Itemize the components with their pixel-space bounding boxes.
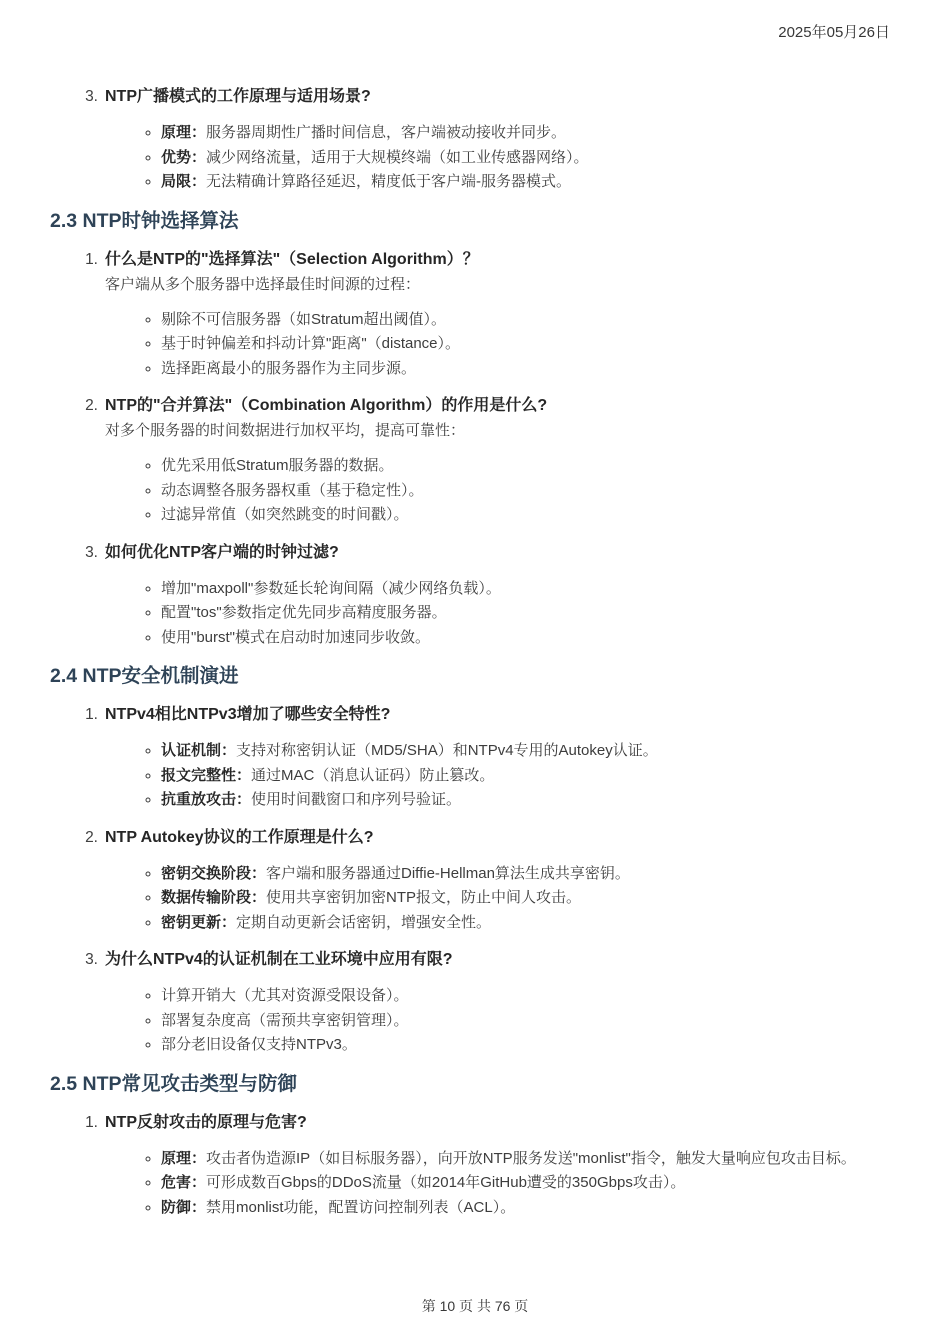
item-title: 什么是NTP的"选择算法"（Selection Algorithm）？ <box>105 247 892 273</box>
bullet-list: 增加"maxpoll"参数延长轮询间隔（减少网络负载）。 配置"tos"参数指定… <box>105 577 892 651</box>
bullet-item: 配置"tos"参数指定优先同步高精度服务器。 <box>161 601 892 626</box>
bullet-list: 计算开销大（尤其对资源受限设备）。 部署复杂度高（需预共享密钥管理）。 部分老旧… <box>105 984 892 1058</box>
section-2-4: 2.4 NTP安全机制演进 1. NTPv4相比NTPv3增加了哪些安全特性? … <box>50 662 892 1058</box>
bullet-text: 剔除不可信服务器（如Stratum超出阈值）。 <box>161 311 446 328</box>
bullet-item: 危害：可形成数百Gbps的DDoS流量（如2014年GitHub遭受的350Gb… <box>161 1171 892 1196</box>
section-2-3: 2.3 NTP时钟选择算法 1. 什么是NTP的"选择算法"（Selection… <box>50 207 892 651</box>
bullet-item: 选择距离最小的服务器作为主同步源。 <box>161 357 892 382</box>
page-content: 3. NTP广播模式的工作原理与适用场景? 原理：服务器周期性广播时间信息，客户… <box>50 0 892 1232</box>
item-number: 2. <box>50 825 98 851</box>
question-item: 3. 为什么NTPv4的认证机制在工业环境中应用有限? 计算开销大（尤其对资源受… <box>50 947 892 1058</box>
question-item: 2. NTP Autokey协议的工作原理是什么? 密钥交换阶段：客户端和服务器… <box>50 825 892 936</box>
bullet-item: 报文完整性：通过MAC（消息认证码）防止篡改。 <box>161 764 892 789</box>
bullet-text: 支持对称密钥认证（MD5/SHA）和NTPv4专用的Autokey认证。 <box>236 742 658 759</box>
bullet-text: 禁用monlist功能，配置访问控制列表（ACL）。 <box>206 1199 515 1216</box>
question-item: 2. NTP的"合并算法"（Combination Algorithm）的作用是… <box>50 393 892 528</box>
question-item: 1. 什么是NTP的"选择算法"（Selection Algorithm）？ 客… <box>50 247 892 382</box>
item-number: 3. <box>50 540 98 566</box>
question-item: 1. NTPv4相比NTPv3增加了哪些安全特性? 认证机制：支持对称密钥认证（… <box>50 702 892 813</box>
bullet-item: 基于时钟偏差和抖动计算"距离"（distance）。 <box>161 332 892 357</box>
bullet-label: 危害： <box>161 1174 206 1191</box>
bullet-text: 基于时钟偏差和抖动计算"距离"（distance）。 <box>161 335 460 352</box>
bullet-item: 密钥交换阶段：客户端和服务器通过Diffie-Hellman算法生成共享密钥。 <box>161 862 892 887</box>
item-number: 1. <box>50 247 98 273</box>
bullet-item: 认证机制：支持对称密钥认证（MD5/SHA）和NTPv4专用的Autokey认证… <box>161 739 892 764</box>
question-item: 3. NTP广播模式的工作原理与适用场景? 原理：服务器周期性广播时间信息，客户… <box>50 84 892 195</box>
bullet-item: 剔除不可信服务器（如Stratum超出阈值）。 <box>161 308 892 333</box>
bullet-label: 优势： <box>161 149 206 166</box>
footer-page-indicator: 第 10 页 共 76 页 <box>0 1296 950 1316</box>
item-title: NTPv4相比NTPv3增加了哪些安全特性? <box>105 702 892 728</box>
bullet-item: 抗重放攻击：使用时间戳窗口和序列号验证。 <box>161 788 892 813</box>
bullet-text: 减少网络流量，适用于大规模终端（如工业传感器网络）。 <box>206 149 589 166</box>
bullet-list: 密钥交换阶段：客户端和服务器通过Diffie-Hellman算法生成共享密钥。 … <box>105 862 892 936</box>
bullet-label: 原理： <box>161 124 206 141</box>
bullet-text: 配置"tos"参数指定优先同步高精度服务器。 <box>161 604 447 621</box>
item-number: 1. <box>50 702 98 728</box>
bullet-list: 认证机制：支持对称密钥认证（MD5/SHA）和NTPv4专用的Autokey认证… <box>105 739 892 813</box>
question-item: 1. NTP反射攻击的原理与危害? 原理：攻击者伪造源IP（如目标服务器），向开… <box>50 1110 892 1221</box>
bullet-label: 认证机制： <box>161 742 236 759</box>
item-title: NTP反射攻击的原理与危害? <box>105 1110 892 1136</box>
bullet-item: 优先采用低Stratum服务器的数据。 <box>161 454 892 479</box>
bullet-text: 过滤异常值（如突然跳变的时间戳）。 <box>161 506 409 523</box>
bullet-text: 无法精确计算路径延迟，精度低于客户端-服务器模式。 <box>206 173 571 190</box>
bullet-item: 原理：服务器周期性广播时间信息，客户端被动接收并同步。 <box>161 121 892 146</box>
bullet-item: 密钥更新：定期自动更新会话密钥，增强安全性。 <box>161 911 892 936</box>
bullet-text: 使用"burst"模式在启动时加速同步收敛。 <box>161 629 430 646</box>
bullet-text: 增加"maxpoll"参数延长轮询间隔（减少网络负载）。 <box>161 580 501 597</box>
bullet-text: 使用共享密钥加密NTP报文，防止中间人攻击。 <box>266 889 581 906</box>
item-title: 如何优化NTP客户端的时钟过滤? <box>105 540 892 566</box>
bullet-text: 使用时间戳窗口和序列号验证。 <box>251 791 461 808</box>
bullet-item: 增加"maxpoll"参数延长轮询间隔（减少网络负载）。 <box>161 577 892 602</box>
bullet-text: 通过MAC（消息认证码）防止篡改。 <box>251 767 494 784</box>
section-heading: 2.3 NTP时钟选择算法 <box>50 207 892 235</box>
bullet-text: 动态调整各服务器权重（基于稳定性）。 <box>161 482 424 499</box>
section-heading: 2.4 NTP安全机制演进 <box>50 662 892 690</box>
bullet-list: 原理：攻击者伪造源IP（如目标服务器），向开放NTP服务发送"monlist"指… <box>105 1147 892 1221</box>
item-title: 为什么NTPv4的认证机制在工业环境中应用有限? <box>105 947 892 973</box>
bullet-text: 部署复杂度高（需预共享密钥管理）。 <box>161 1012 409 1029</box>
bullet-item: 防御：禁用monlist功能，配置访问控制列表（ACL）。 <box>161 1196 892 1221</box>
bullet-text: 客户端和服务器通过Diffie-Hellman算法生成共享密钥。 <box>266 865 630 882</box>
item-number: 2. <box>50 393 98 419</box>
bullet-item: 使用"burst"模式在启动时加速同步收敛。 <box>161 626 892 651</box>
document-page: 2025年05月26日 3. NTP广播模式的工作原理与适用场景? 原理：服务器… <box>0 0 950 1340</box>
bullet-item: 部分老旧设备仅支持NTPv3。 <box>161 1033 892 1058</box>
bullet-text: 定期自动更新会话密钥，增强安全性。 <box>236 914 491 931</box>
item-subtitle: 客户端从多个服务器中选择最佳时间源的过程： <box>105 273 892 297</box>
bullet-label: 报文完整性： <box>161 767 251 784</box>
bullet-label: 原理： <box>161 1150 206 1167</box>
bullet-text: 攻击者伪造源IP（如目标服务器），向开放NTP服务发送"monlist"指令，触… <box>206 1150 856 1167</box>
bullet-text: 服务器周期性广播时间信息，客户端被动接收并同步。 <box>206 124 566 141</box>
bullet-text: 可形成数百Gbps的DDoS流量（如2014年GitHub遭受的350Gbps攻… <box>206 1174 685 1191</box>
item-title: NTP广播模式的工作原理与适用场景? <box>105 84 892 110</box>
bullet-list: 剔除不可信服务器（如Stratum超出阈值）。 基于时钟偏差和抖动计算"距离"（… <box>105 308 892 382</box>
bullet-item: 计算开销大（尤其对资源受限设备）。 <box>161 984 892 1009</box>
bullet-item: 原理：攻击者伪造源IP（如目标服务器），向开放NTP服务发送"monlist"指… <box>161 1147 892 1172</box>
bullet-label: 抗重放攻击： <box>161 791 251 808</box>
bullet-list: 优先采用低Stratum服务器的数据。 动态调整各服务器权重（基于稳定性）。 过… <box>105 454 892 528</box>
item-number: 3. <box>50 84 98 110</box>
bullet-item: 动态调整各服务器权重（基于稳定性）。 <box>161 479 892 504</box>
item-number: 1. <box>50 1110 98 1136</box>
bullet-text: 计算开销大（尤其对资源受限设备）。 <box>161 987 409 1004</box>
bullet-label: 密钥交换阶段： <box>161 865 266 882</box>
bullet-item: 局限：无法精确计算路径延迟，精度低于客户端-服务器模式。 <box>161 170 892 195</box>
item-number: 3. <box>50 947 98 973</box>
item-title: NTP Autokey协议的工作原理是什么? <box>105 825 892 851</box>
bullet-text: 部分老旧设备仅支持NTPv3。 <box>161 1036 357 1053</box>
bullet-item: 优势：减少网络流量，适用于大规模终端（如工业传感器网络）。 <box>161 146 892 171</box>
bullet-label: 密钥更新： <box>161 914 236 931</box>
bullet-label: 防御： <box>161 1199 206 1216</box>
bullet-item: 部署复杂度高（需预共享密钥管理）。 <box>161 1009 892 1034</box>
bullet-list: 原理：服务器周期性广播时间信息，客户端被动接收并同步。 优势：减少网络流量，适用… <box>105 121 892 195</box>
bullet-item: 过滤异常值（如突然跳变的时间戳）。 <box>161 503 892 528</box>
bullet-item: 数据传输阶段：使用共享密钥加密NTP报文，防止中间人攻击。 <box>161 886 892 911</box>
bullet-label: 局限： <box>161 173 206 190</box>
section-2-5: 2.5 NTP常见攻击类型与防御 1. NTP反射攻击的原理与危害? 原理：攻击… <box>50 1070 892 1221</box>
bullet-text: 优先采用低Stratum服务器的数据。 <box>161 457 394 474</box>
question-item: 3. 如何优化NTP客户端的时钟过滤? 增加"maxpoll"参数延长轮询间隔（… <box>50 540 892 651</box>
bullet-text: 选择距离最小的服务器作为主同步源。 <box>161 360 416 377</box>
item-title: NTP的"合并算法"（Combination Algorithm）的作用是什么? <box>105 393 892 419</box>
section-heading: 2.5 NTP常见攻击类型与防御 <box>50 1070 892 1098</box>
bullet-label: 数据传输阶段： <box>161 889 266 906</box>
item-subtitle: 对多个服务器的时间数据进行加权平均，提高可靠性： <box>105 419 892 443</box>
